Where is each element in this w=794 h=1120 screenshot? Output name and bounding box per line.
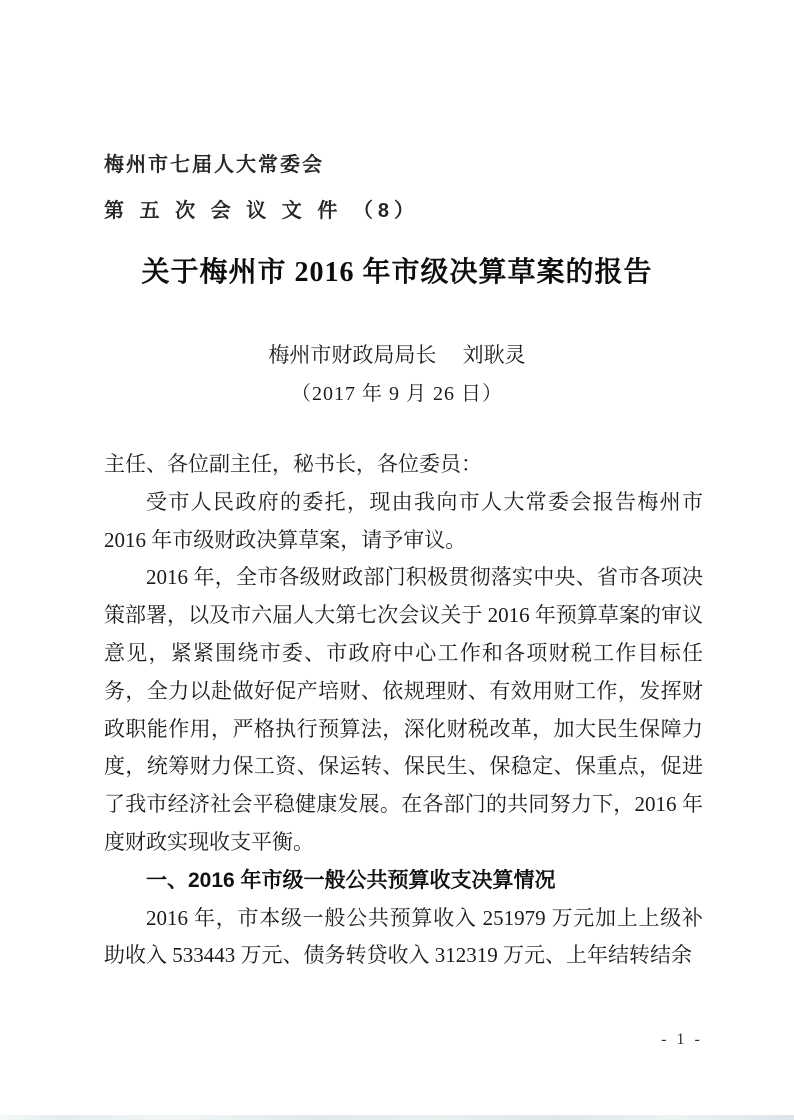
body-paragraph: 受市人民政府的委托，现由我向市人大常委会报告梅州市 2016 年市级财政决算草案… [104,484,703,560]
document-header: 梅州市七届人大常委会 第 五 次 会 议 文 件 （8） [104,148,419,223]
issuing-body-line: 梅州市七届人大常委会 [104,148,419,177]
section-heading: 一、2016 年市级一般公共预算收支决算情况 [104,862,703,900]
body-paragraph: 2016 年，市本级一般公共预算收入 251979 万元加上上级补助收入 533… [104,900,703,976]
author-byline: 梅州市财政局局长 刘耿灵 [0,339,794,369]
page-number: - 1 - [640,1031,724,1049]
scan-edge-artifact [0,1115,794,1120]
document-body: 主任、各位副主任，秘书长，各位委员： 受市人民政府的委托，现由我向市人大常委会报… [104,446,703,975]
meeting-document-number-line: 第 五 次 会 议 文 件 （8） [104,194,419,223]
body-paragraph: 2016 年，全市各级财政部门积极贯彻落实中央、省市各项决策部署，以及市六届人大… [104,559,703,861]
date-line: （2017 年 9 月 26 日） [0,377,794,406]
document-page: 梅州市七届人大常委会 第 五 次 会 议 文 件 （8） 关于梅州市 2016 … [0,0,794,1120]
salutation-line: 主任、各位副主任，秘书长，各位委员： [104,446,703,484]
document-title: 关于梅州市 2016 年市级决算草案的报告 [0,250,794,290]
